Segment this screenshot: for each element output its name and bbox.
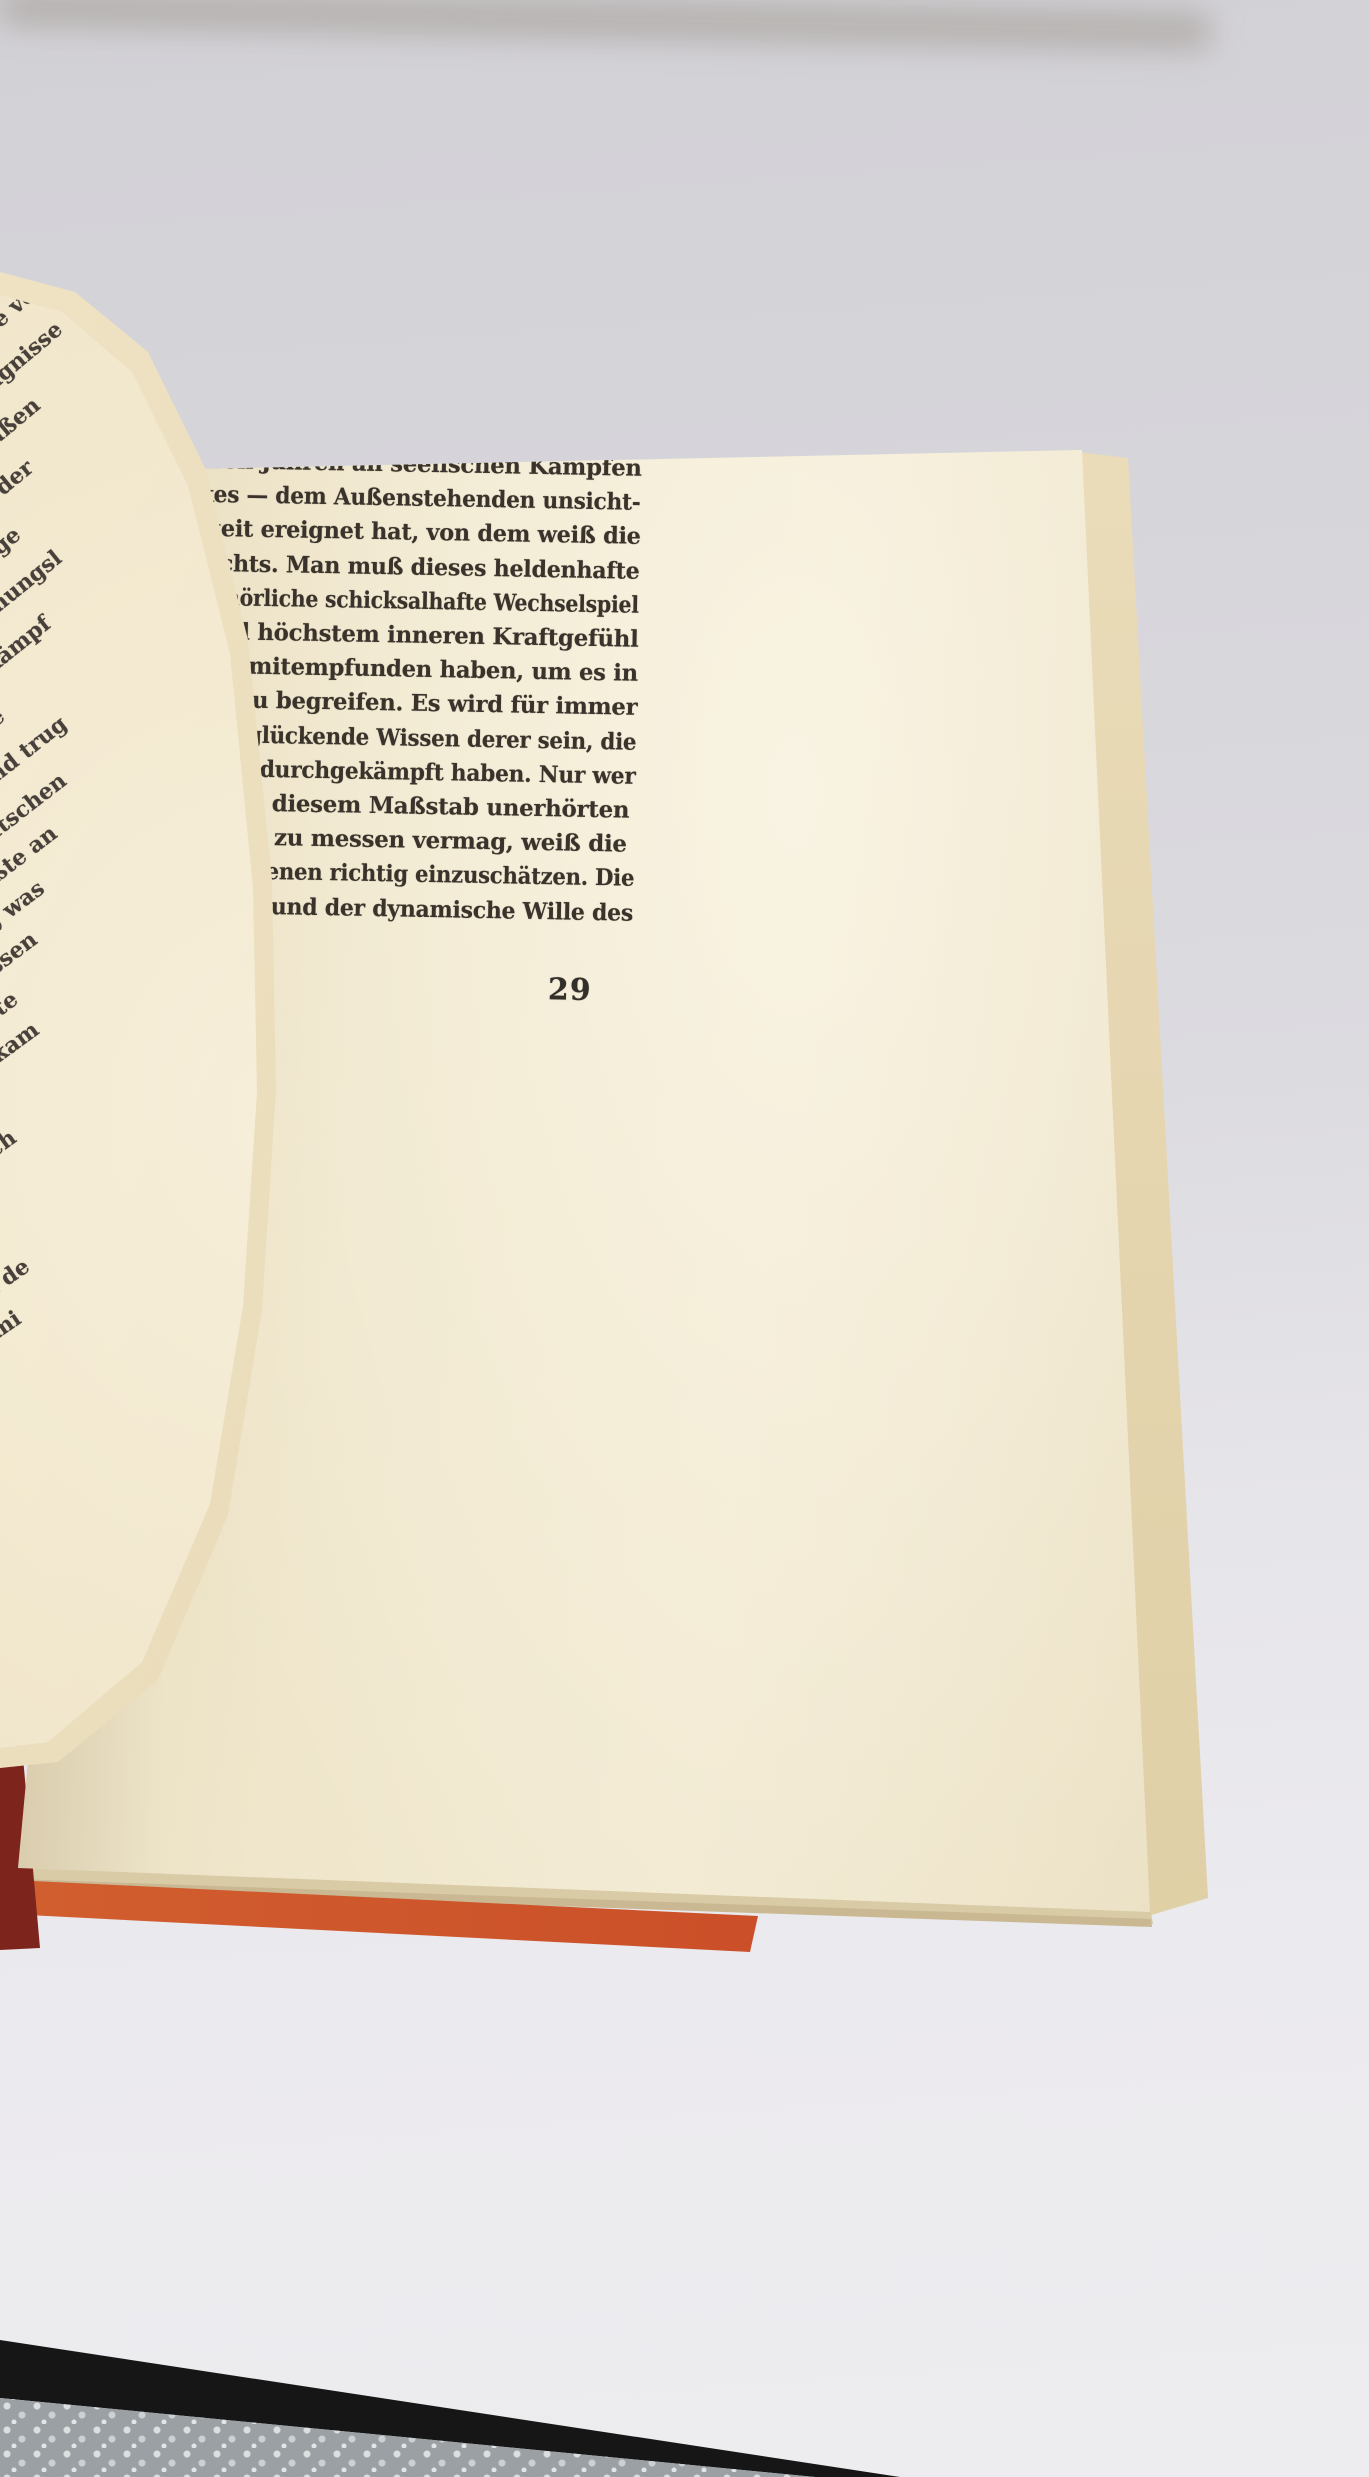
body-line: lismus. Die Kirchen wurden gegen ihn mob…	[0, 167, 647, 213]
body-line: Kindern wurde gekämpft um die neue Welta…	[0, 98, 605, 143]
left-page-text-fragment: sterben kam	[0, 1017, 44, 1129]
left-page-text-fragment: d Höhen, Fami	[0, 1306, 26, 1429]
book-photo: Der Kampf der heroischen Weltanschauung …	[0, 0, 1369, 2477]
body-line: der Seele zu nehmen. Aber nichts vermoch…	[0, 269, 645, 315]
left-page-text-fragment: esten Kämpf	[0, 611, 56, 728]
book-shadow	[0, 0, 1210, 51]
left-page-text-fragment: s moralisch	[0, 1125, 21, 1229]
body-line: und die Kämpfer des neuen Deutschlands s…	[0, 201, 644, 247]
page-number: 29	[548, 972, 592, 1008]
left-page-text-fragment: n die Gefängnisse	[0, 316, 68, 478]
body-line: lien zwischen Mann und Frau, zwischen El…	[0, 64, 649, 110]
body-line: und seelisch gerungen um die Idee des Na…	[0, 132, 618, 178]
body-line: ins Grab verfolgt, um ihnen auch noch de…	[0, 235, 646, 281]
